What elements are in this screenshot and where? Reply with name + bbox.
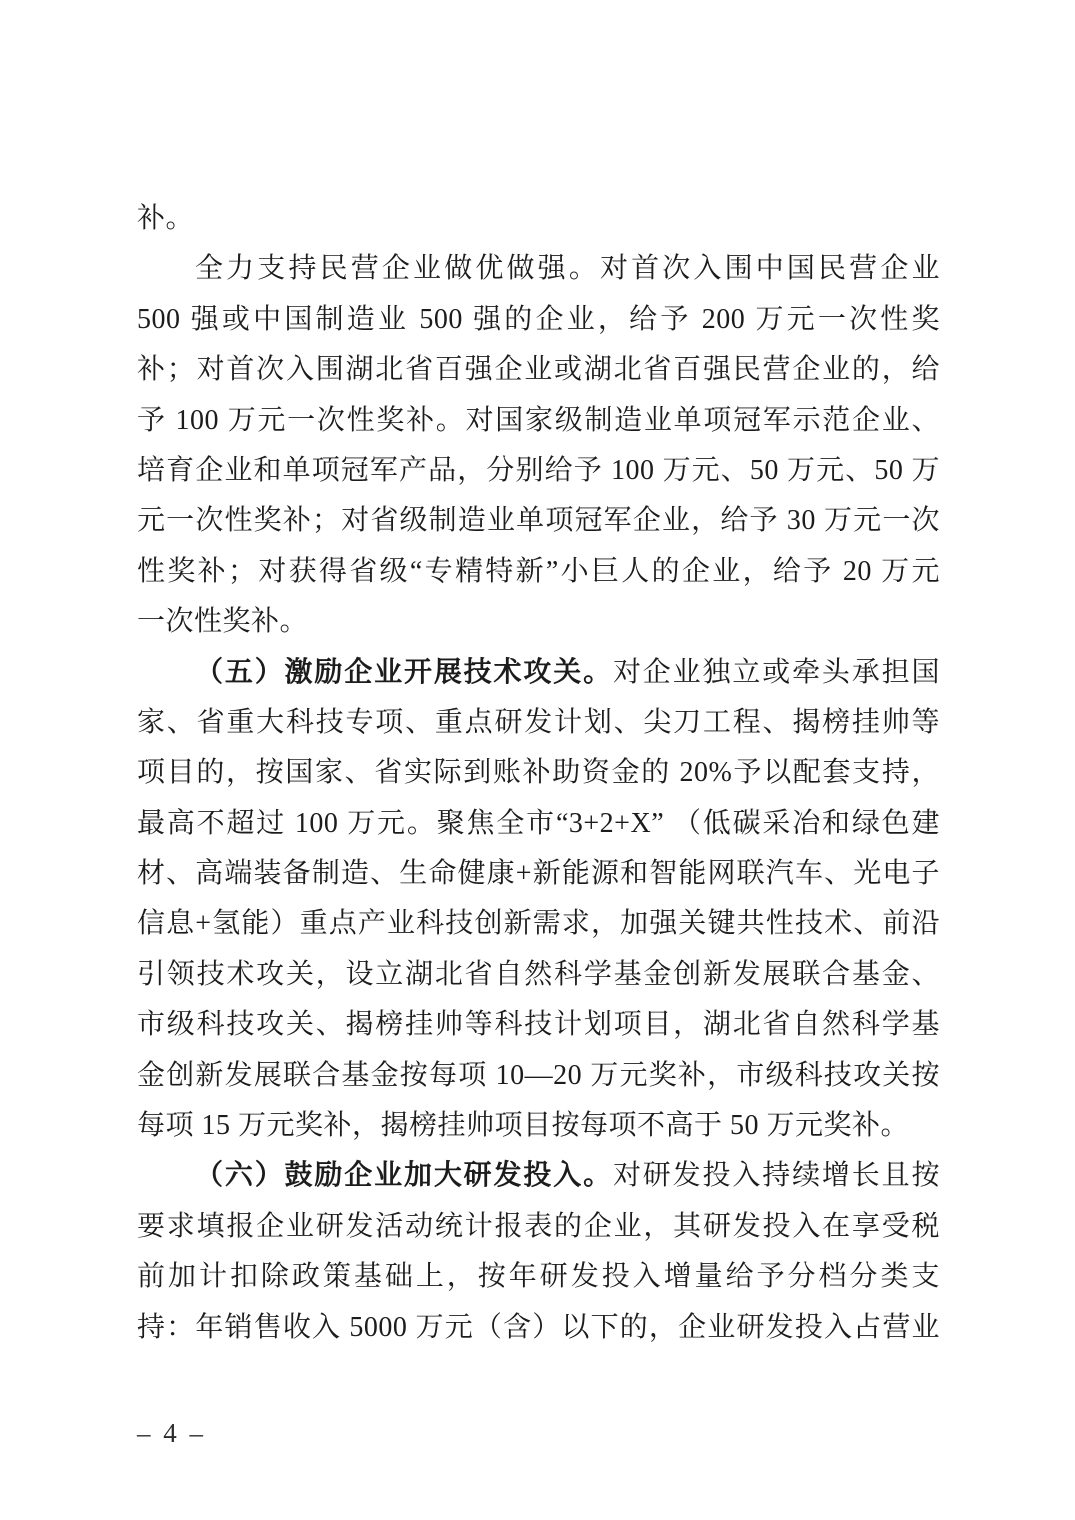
text-run: 持：年销售收入 5000 万元（含）以下的，企业研发投入占营业	[137, 1312, 940, 1343]
text-line: 引领技术攻关，设立湖北省自然科学基金创新发展联合基金、	[137, 950, 940, 1000]
text-run: 补。	[137, 203, 194, 234]
text-line: 材、高端装备制造、生命健康+新能源和智能网联汽车、光电子	[137, 849, 940, 899]
text-line: 每项 15 万元奖补，揭榜挂帅项目按每项不高于 50 万元奖补。	[137, 1101, 940, 1151]
text-run: 对企业独立或牵头承担国	[613, 657, 940, 688]
clause-heading: （五）激励企业开展技术攻关。	[195, 657, 613, 688]
text-line: 前加计扣除政策基础上，按年研发投入增量给予分档分类支	[137, 1252, 940, 1302]
text-run: 家、省重大科技专项、重点研发计划、尖刀工程、揭榜挂帅等	[137, 707, 940, 738]
text-run: 全力支持民营企业做优做强。对首次入围中国民营企业	[195, 253, 940, 284]
text-run: 每项 15 万元奖补，揭榜挂帅项目按每项不高于 50 万元奖补。	[137, 1110, 909, 1141]
text-run: 信息+氢能）重点产业科技创新需求，加强关键共性技术、前沿	[137, 908, 940, 939]
text-run: 补；对首次入围湖北省百强企业或湖北省百强民营企业的，给	[137, 354, 940, 385]
text-run: 500 强或中国制造业 500 强的企业，给予 200 万元一次性奖	[137, 304, 940, 335]
text-line: 持：年销售收入 5000 万元（含）以下的，企业研发投入占营业	[137, 1303, 940, 1353]
document-body: 补。全力支持民营企业做优做强。对首次入围中国民营企业500 强或中国制造业 50…	[137, 194, 940, 1353]
text-run: 项目的，按国家、省实际到账补助资金的 20%予以配套支持，	[137, 757, 940, 788]
page-number: – 4 –	[137, 1418, 206, 1449]
text-line: 市级科技攻关、揭榜挂帅等科技计划项目，湖北省自然科学基	[137, 1000, 940, 1050]
text-run: 性奖补；对获得省级“专精特新”小巨人的企业，给予 20 万元	[137, 556, 940, 587]
text-line: 要求填报企业研发活动统计报表的企业，其研发投入在享受税	[137, 1202, 940, 1252]
text-line: 500 强或中国制造业 500 强的企业，给予 200 万元一次性奖	[137, 295, 940, 345]
text-run: 予 100 万元一次性奖补。对国家级制造业单项冠军示范企业、	[137, 405, 940, 436]
text-line: 一次性奖补。	[137, 597, 940, 647]
text-line: 补。	[137, 194, 940, 244]
text-run: 培育企业和单项冠军产品，分别给予 100 万元、50 万元、50 万	[137, 455, 940, 486]
text-line: 项目的，按国家、省实际到账补助资金的 20%予以配套支持，	[137, 748, 940, 798]
text-run: 一次性奖补。	[137, 606, 308, 637]
text-line: 培育企业和单项冠军产品，分别给予 100 万元、50 万元、50 万	[137, 446, 940, 496]
text-run: 要求填报企业研发活动统计报表的企业，其研发投入在享受税	[137, 1211, 940, 1242]
text-run: 元一次性奖补；对省级制造业单项冠军企业，给予 30 万元一次	[137, 505, 940, 536]
text-run: 前加计扣除政策基础上，按年研发投入增量给予分档分类支	[137, 1261, 940, 1292]
document-page: 补。全力支持民营企业做优做强。对首次入围中国民营企业500 强或中国制造业 50…	[0, 0, 1075, 1520]
text-line: 家、省重大科技专项、重点研发计划、尖刀工程、揭榜挂帅等	[137, 698, 940, 748]
text-line: 补；对首次入围湖北省百强企业或湖北省百强民营企业的，给	[137, 345, 940, 395]
text-line: 金创新发展联合基金按每项 10—20 万元奖补，市级科技攻关按	[137, 1051, 940, 1101]
text-line: 信息+氢能）重点产业科技创新需求，加强关键共性技术、前沿	[137, 899, 940, 949]
text-run: 引领技术攻关，设立湖北省自然科学基金创新发展联合基金、	[137, 959, 940, 990]
text-line: 性奖补；对获得省级“专精特新”小巨人的企业，给予 20 万元	[137, 547, 940, 597]
clause-heading: （六）鼓励企业加大研发投入。	[195, 1160, 613, 1191]
text-run: 材、高端装备制造、生命健康+新能源和智能网联汽车、光电子	[137, 858, 940, 889]
text-run: 对研发投入持续增长且按	[613, 1160, 940, 1191]
text-run: 市级科技攻关、揭榜挂帅等科技计划项目，湖北省自然科学基	[137, 1009, 940, 1040]
text-run: 最高不超过 100 万元。聚焦全市“3+2+X” （低碳采冶和绿色建	[137, 808, 940, 839]
text-line: （五）激励企业开展技术攻关。对企业独立或牵头承担国	[137, 648, 940, 698]
text-line: （六）鼓励企业加大研发投入。对研发投入持续增长且按	[137, 1151, 940, 1201]
text-line: 最高不超过 100 万元。聚焦全市“3+2+X” （低碳采冶和绿色建	[137, 799, 940, 849]
text-run: 金创新发展联合基金按每项 10—20 万元奖补，市级科技攻关按	[137, 1060, 940, 1091]
text-line: 予 100 万元一次性奖补。对国家级制造业单项冠军示范企业、	[137, 396, 940, 446]
text-line: 元一次性奖补；对省级制造业单项冠军企业，给予 30 万元一次	[137, 496, 940, 546]
text-line: 全力支持民营企业做优做强。对首次入围中国民营企业	[137, 244, 940, 294]
